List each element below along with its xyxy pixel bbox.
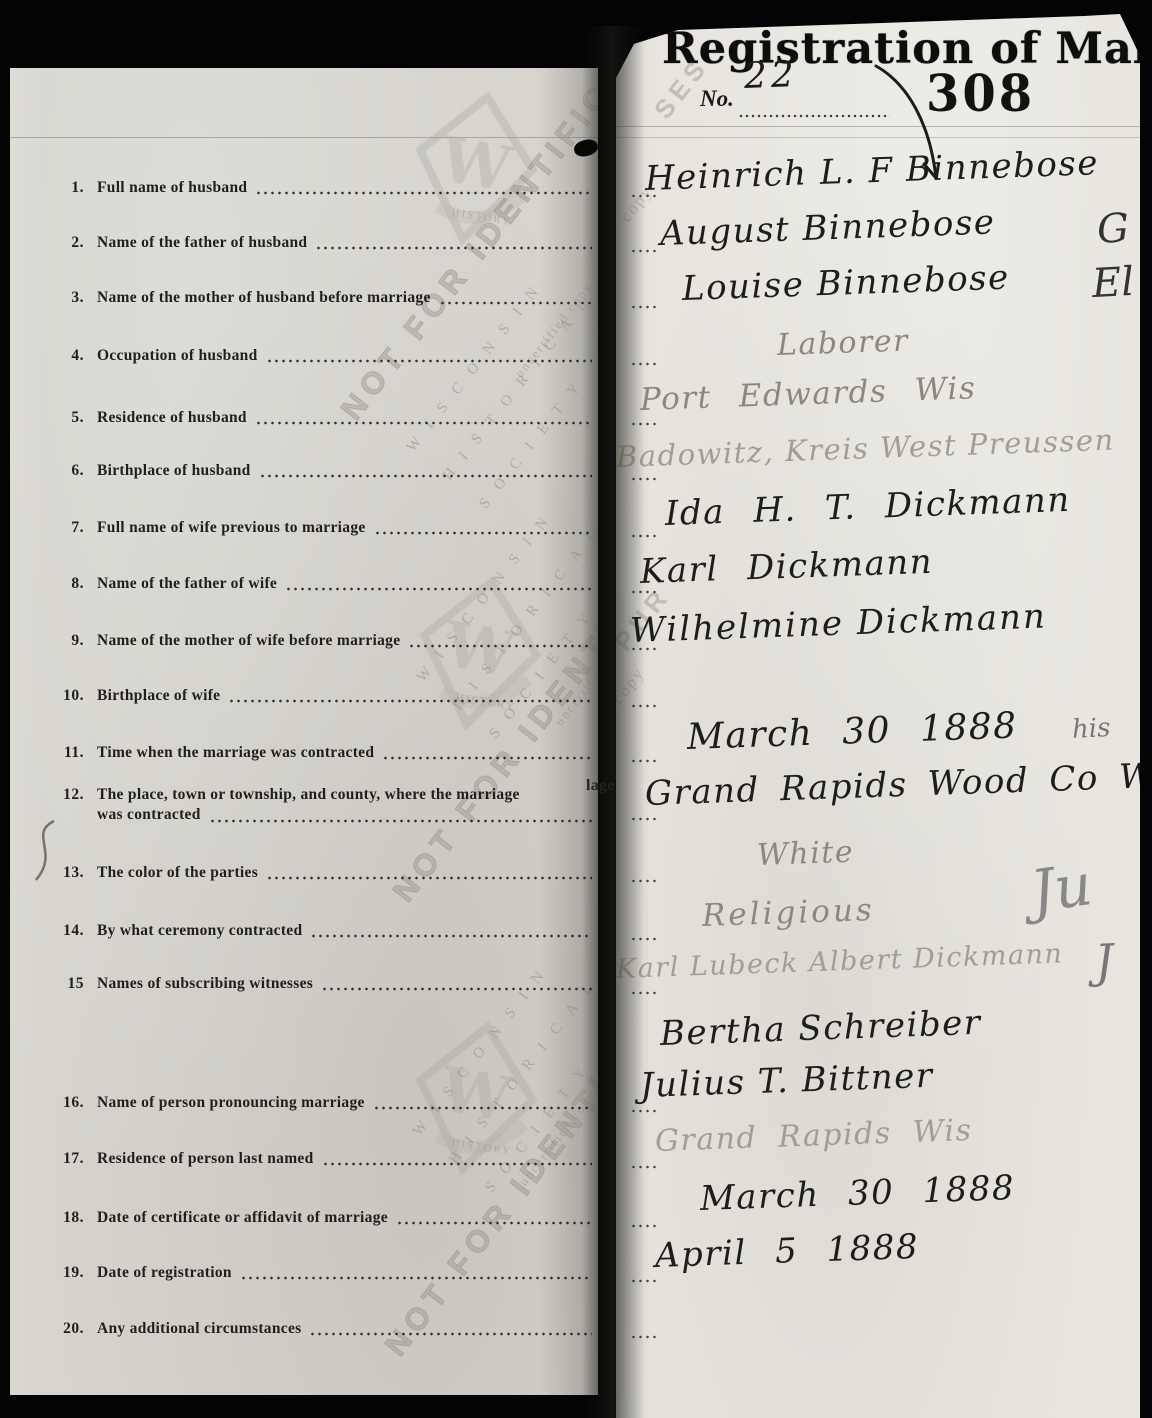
leader-tail [630,1335,656,1339]
form-field-row: 20. Any additional circumstances [52,1319,592,1338]
pen-fragment: his [1071,713,1111,745]
dotted-leader [285,587,592,591]
pen-fragment: El [1091,259,1135,307]
dotted-leader [209,819,592,823]
field-number: 7. [52,518,84,537]
leader-tail [630,879,656,883]
field-label: Names of subscribing witnesses [97,974,313,993]
dotted-leader [266,876,592,880]
form-field-row: 7. Full name of wife previous to marriag… [52,518,592,537]
answer-husband-occupation: Laborer [776,323,909,363]
answer-marriage-place: Grand Rapids Wood Co Wis [644,755,1140,814]
field-label: Time when the marriage was contracted [97,743,374,762]
dotted-leader [255,191,592,195]
form-field-row: 16. Name of person pronouncing marriage [52,1093,592,1112]
field-label: Name of the father of wife [97,574,277,593]
field-label: Date of certificate or affidavit of marr… [97,1208,388,1227]
field-number: 10. [52,686,84,705]
answer-witnesses: Karl Lubeck Albert Dickmann [616,938,1064,985]
form-field-row: 4. Occupation of husband [52,346,592,365]
field-label-line2: was contracted [52,805,592,824]
watermark-line: WISCONSIN [398,932,581,1149]
pen-fragment: G [1096,205,1130,253]
field-number: 14. [52,921,84,940]
form-field-row: 9. Name of the mother of wife before mar… [52,631,592,650]
leader-tail [630,1109,656,1113]
field-number: 20. [52,1319,84,1338]
form-field-row: 19. Date of registration [52,1263,592,1282]
answer-color: White [756,835,854,873]
pen-fragment: J [1094,934,1115,989]
emblem-ribbon-text: HISTORY [451,207,513,228]
field-label: Name of the mother of wife before marria… [97,631,400,650]
dotted-leader [322,1162,592,1166]
form-field-row: 15 Names of subscribing witnesses [52,974,592,993]
leader-tail [630,759,656,763]
dotted-leader [439,301,592,305]
marriage-record-scan: W HISTORY WISCONSIN HISTORICAL SOCIETY N… [0,0,1152,1418]
dotted-leader [255,421,592,425]
answer-husband-birthplace: Badowitz, Kreis West Preussen [616,423,1115,474]
field-number: 11. [52,743,84,762]
field-number: 13. [52,863,84,882]
ghost-print-text: lage [586,777,615,795]
field-number: 9. [52,631,84,650]
field-label: Full name of husband [97,178,247,197]
dotted-leader [240,1276,592,1280]
scan-rule-line [10,137,598,138]
field-label-line1: 12. The place, town or township, and cou… [52,785,592,804]
field-label: Any additional circumstances [97,1319,301,1338]
form-field-row: 2. Name of the father of husband [52,233,592,252]
field-label: Occupation of husband [97,346,258,365]
form-field-row: 6. Birthplace of husband [52,461,592,480]
dotted-leader [310,934,592,938]
answer-husband-name: Heinrich L. F Binnebose [644,143,1099,199]
leader-tail [630,817,656,821]
field-label: Name of person pronouncing marriage [97,1093,365,1112]
field-label: Date of registration [97,1263,232,1282]
form-field-row: 8. Name of the father of wife [52,574,592,593]
field-label: The place, town or township, and county,… [97,785,520,804]
answer-officiant: Julius T. Bittner [639,1056,934,1106]
leader-tail [630,991,656,995]
field-label: Birthplace of wife [97,686,220,705]
field-label: Full name of wife previous to marriage [97,518,366,537]
leader-tail [630,1224,656,1228]
field-number: 15 [52,974,84,993]
answer-registration-date: April 5 1888 [654,1227,919,1276]
answer-certificate-date: March 30 1888 [699,1168,1015,1219]
field-number: 17. [52,1149,84,1168]
form-field-row: 17. Residence of person last named [52,1149,592,1168]
answer-witness-2: Bertha Schreiber [659,1003,982,1054]
field-label: Birthplace of husband [97,461,251,480]
page-stamp-number: 308 [926,64,1035,123]
answer-wife-name: Ida H. T. Dickmann [664,480,1071,534]
leader-tail [630,477,656,481]
field-number: 12. [52,785,84,804]
answer-wife-father: Karl Dickmann [639,542,933,592]
field-number: 5. [52,408,84,427]
leader-tail [630,422,656,426]
pen-fragment: Ju [1027,850,1096,926]
form-field-row: 1. Full name of husband [52,178,592,197]
field-label: By what ceremony contracted [97,921,302,940]
leader-tail [630,362,656,366]
whs-emblem: W HISTORY [414,573,544,738]
leader-tail [630,1279,656,1283]
form-field-row: 3. Name of the mother of husband before … [52,288,592,307]
dotted-leader [228,699,592,703]
form-field-row: 11. Time when the marriage was contracte… [52,743,592,762]
register-page: Registration of Marr No. 22 308 SES PUR … [616,14,1140,1418]
answer-husband-mother: Louise Binnebose [681,258,1010,309]
dotted-leader [321,987,592,991]
record-number-value: 22 [743,54,798,97]
dotted-leader [396,1221,592,1225]
answer-wife-mother: Wilhelmine Dickmann [629,596,1047,651]
form-field-row: 5. Residence of husband [52,408,592,427]
field-label: Residence of person last named [97,1149,314,1168]
field-number: 6. [52,461,84,480]
leader-tail [630,249,656,253]
field-label: The color of the parties [97,863,258,882]
leader-tail [630,534,656,538]
dotted-leader [309,1332,592,1336]
field-number: 4. [52,346,84,365]
field-number: 19. [52,1263,84,1282]
leader-tail [630,305,656,309]
field-number: 8. [52,574,84,593]
dotted-leader [266,359,593,363]
field-label: Name of the mother of husband before mar… [97,288,431,307]
field-label: Name of the father of husband [97,233,307,252]
dotted-leader [315,246,592,250]
answer-husband-residence: Port Edwards Wis [639,370,977,418]
form-field-row: 13. The color of the parties [52,863,592,882]
answer-marriage-date: March 30 1888 [686,705,1018,758]
field-number: 18. [52,1208,84,1227]
field-label-continued: was contracted [97,805,201,824]
record-number-dotted-line [738,114,890,118]
watermark-fragment: copy [616,663,649,708]
record-number-label: No. [700,86,734,112]
leader-tail [630,937,656,941]
form-field-row: 18. Date of certificate or affidavit of … [52,1208,592,1227]
dotted-leader [408,644,592,648]
leader-tail [630,1165,656,1169]
form-field-row: 10. Birthplace of wife [52,686,592,705]
dotted-leader [373,1106,592,1110]
form-page: W HISTORY WISCONSIN HISTORICAL SOCIETY N… [10,68,598,1395]
dotted-leader [374,531,592,535]
dotted-leader [259,474,592,478]
field-number: 2. [52,233,84,252]
field-label: Residence of husband [97,408,247,427]
answer-officiant-residence: Grand Rapids Wis [654,1113,973,1159]
field-number: 1. [52,178,84,197]
whs-emblem: W HISTORY [410,88,540,253]
form-field-row: 12. The place, town or township, and cou… [52,785,592,825]
field-number: 16. [52,1093,84,1112]
dotted-leader [382,756,592,760]
form-field-row: 14. By what ceremony contracted [52,921,592,940]
leader-tail [630,704,656,708]
answer-ceremony: Religious [701,892,875,934]
answer-husband-father: August Binnebose [659,202,996,254]
field-number: 3. [52,288,84,307]
